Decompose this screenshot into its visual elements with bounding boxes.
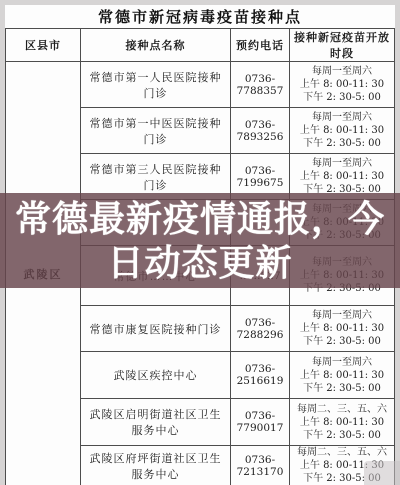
schedule-am: 上午 8: 00-11: 30	[290, 124, 394, 137]
phone-cell: 0736-7788357	[231, 62, 290, 108]
schedule-pm: 下午 2: 30-5: 00	[290, 137, 394, 150]
page: { "page": { "title": "常德市新冠病毒疫苗接种点" }, "…	[0, 0, 400, 485]
schedule-cell: 每周一至周六 上午 8: 00-11: 30 下午 2: 30-5: 00	[290, 108, 395, 154]
schedule-pm: 下午 2: 30-5: 00	[290, 382, 394, 395]
site-name-cell: 常德市第一人民医院接种门诊	[81, 62, 231, 108]
schedule-am: 上午 8: 00-11: 30	[290, 170, 394, 183]
phone-cell: 0736-2516619	[231, 352, 290, 399]
schedule-am: 上午 8: 00-11: 30	[290, 369, 394, 382]
schedule-cell: 每周二、三、五、六 上午 8: 00-11: 30 下午 2: 30-5: 00	[290, 399, 395, 446]
schedule-pm: 下午 2: 30-5: 00	[290, 91, 394, 104]
schedule-pm: 下午 2: 30-5: 00	[290, 429, 394, 442]
headline-line-1: 常德最新疫情通报，今	[15, 197, 385, 241]
schedule-cell: 每周一至周六 上午 8: 00-11: 30 下午 2: 30-5: 00	[290, 62, 395, 108]
site-name-cell: 常德市康复医院接种门诊	[81, 306, 231, 352]
site-name-cell: 常德市第一中医医院接种门诊	[81, 108, 231, 154]
phone-cell: 0736-7213170	[231, 446, 290, 485]
schedule-pm: 下午 2: 30-5: 00	[290, 335, 394, 348]
schedule-days: 每周一至周六	[290, 356, 394, 369]
site-name-cell: 武陵区启明街道社区卫生服务中心	[81, 399, 231, 446]
schedule-days: 每周二、三、五、六	[290, 446, 394, 459]
schedule-days: 每周一至周六	[290, 111, 394, 124]
header-district: 区县市	[6, 29, 81, 62]
header-site-name: 接种点名称	[81, 29, 231, 62]
schedule-am: 上午 8: 00-11: 30	[290, 78, 394, 91]
schedule-days: 每周一至周六	[290, 157, 394, 170]
schedule-days: 每周二、三、五、六	[290, 403, 394, 416]
phone-cell: 0736-7288296	[231, 306, 290, 352]
schedule-days: 每周一至周六	[290, 309, 394, 322]
table-header-row: 区县市 接种点名称 预约电话 接种新冠疫苗开放时段	[6, 29, 395, 62]
schedule-cell: 每周一至周六 上午 8: 00-11: 30 下午 2: 30-5: 00	[290, 306, 395, 352]
schedule-cell: 每周一至周六 上午 8: 00-11: 30 下午 2: 30-5: 00	[290, 352, 395, 399]
schedule-am: 上午 8: 00-11: 30	[290, 416, 394, 429]
phone-cell: 0736-7893256	[231, 108, 290, 154]
headline-line-2: 日动态更新	[107, 241, 292, 285]
watermark	[364, 461, 400, 485]
schedule-am: 上午 8: 00-11: 30	[290, 322, 394, 335]
site-name-cell: 武陵区府坪街道社区卫生服务中心	[81, 446, 231, 485]
header-schedule: 接种新冠疫苗开放时段	[290, 29, 395, 62]
headline-overlay-banner: 常德最新疫情通报，今 日动态更新	[0, 193, 400, 288]
schedule-days: 每周一至周六	[290, 65, 394, 78]
site-name-cell: 武陵区疾控中心	[81, 352, 231, 399]
header-phone: 预约电话	[231, 29, 290, 62]
page-title: 常德市新冠病毒疫苗接种点	[5, 5, 395, 28]
table-row: 武陵区 常德市第一人民医院接种门诊 0736-7788357 每周一至周六 上午…	[6, 62, 395, 108]
phone-cell: 0736-7790017	[231, 399, 290, 446]
